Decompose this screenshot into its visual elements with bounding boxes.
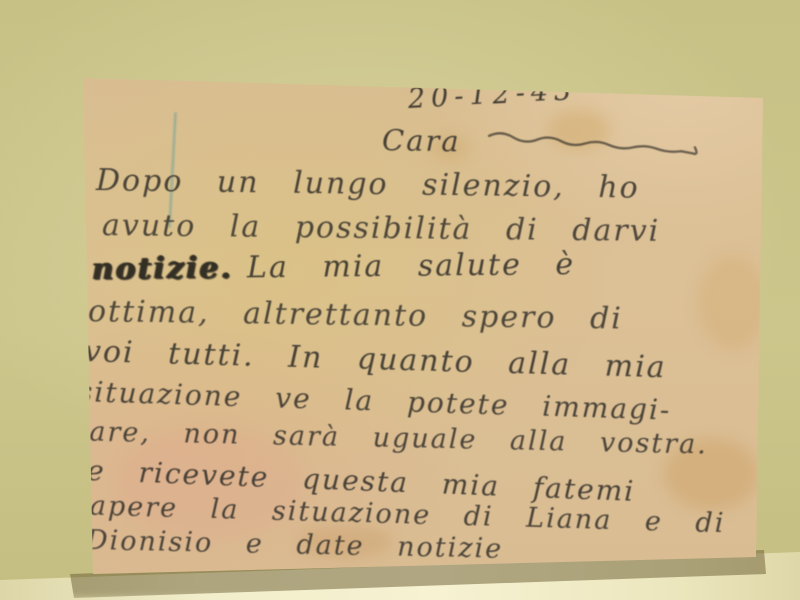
overwritten-word: notizie. — [92, 251, 233, 287]
salutation-line: Cara — [382, 126, 712, 161]
salutation-word: Cara — [382, 123, 461, 158]
line-text: La mia salute è — [247, 247, 575, 285]
handwriting-line: avuto la possibilità di darvi — [102, 211, 661, 247]
handwriting-line: notizie.La mia salute è — [92, 250, 575, 285]
handwriting-line: voi tutti. In quanto alla mia — [84, 337, 667, 383]
stain — [698, 255, 768, 350]
handwriting-line: Dionisio e date notizie — [86, 527, 504, 563]
photo-of-handwritten-postcard: 20-12-43 Cara Dopo un lungo silenzio, ho… — [0, 0, 800, 600]
handwriting-line: Dopo un lungo silenzio, ho — [96, 166, 640, 204]
handwriting-line: ottima, altrettanto spero di — [88, 297, 623, 334]
scribble-mark — [486, 128, 711, 158]
